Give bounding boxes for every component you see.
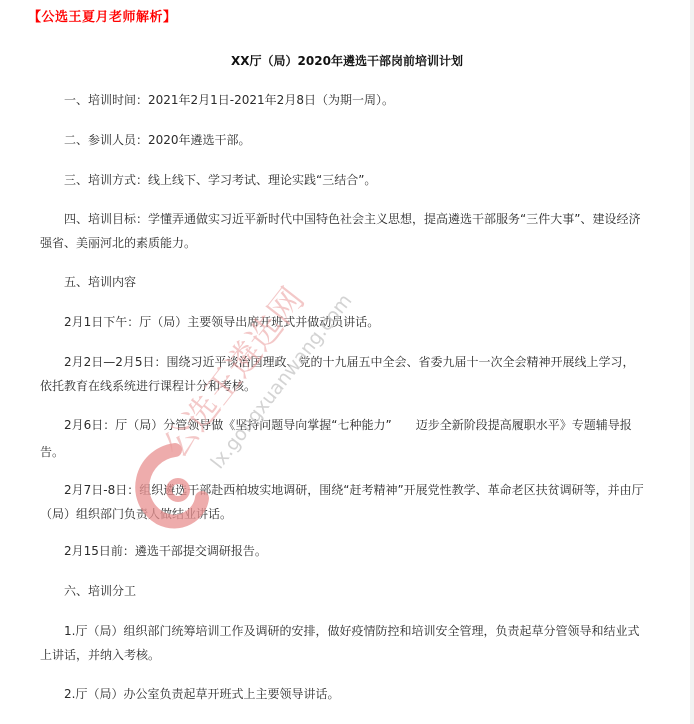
section-heading-division: 六、培训分工 [40,579,644,603]
page-edge-strip [690,0,694,724]
section-heading-content: 五、培训内容 [40,270,644,294]
paragraph-training-goal: 四、培训目标：学懂弄通做实习近平新时代中国特色社会主义思想，提高遴选干部服务“三… [40,207,644,255]
analysis-tag: 【公选王夏月老师解析】 [28,6,177,25]
paragraph-feb6: 2月6日：厅（局）分管领导做《坚持问题导向掌握“七种能力” 迈步全新阶段提高履职… [40,412,644,466]
paragraph-training-time: 一、培训时间：2021年2月1日-2021年2月8日（为期一周）。 [40,88,644,112]
paragraph-feb1: 2月1日下午：厅（局）主要领导出席开班式并做动员讲话。 [40,310,644,334]
paragraph-feb15: 2月15日前：遴选干部提交调研报告。 [40,539,644,563]
paragraph-training-method: 三、培训方式：线上线下、学习考试、理论实践“三结合”。 [40,168,644,192]
paragraph-division-2: 2.厅（局）办公室负责起草开班式上主要领导讲话。 [40,682,644,706]
paragraph-feb7-8: 2月7日-8日：组织遴选干部赴西柏坡实地调研，围绕“赶考精神”开展党性教学、革命… [40,478,644,526]
paragraph-participants: 二、参训人员：2020年遴选干部。 [40,128,644,152]
paragraph-feb2-5: 2月2日—2月5日：围绕习近平谈治国理政、党的十九届五中全会、省委九届十一次全会… [40,350,644,398]
document-title: XX厅（局）2020年遴选干部岗前培训计划 [0,52,694,69]
paragraph-division-1: 1.厅（局）组织部门统筹培训工作及调研的安排，做好疫情防控和培训安全管理，负责起… [40,619,644,667]
